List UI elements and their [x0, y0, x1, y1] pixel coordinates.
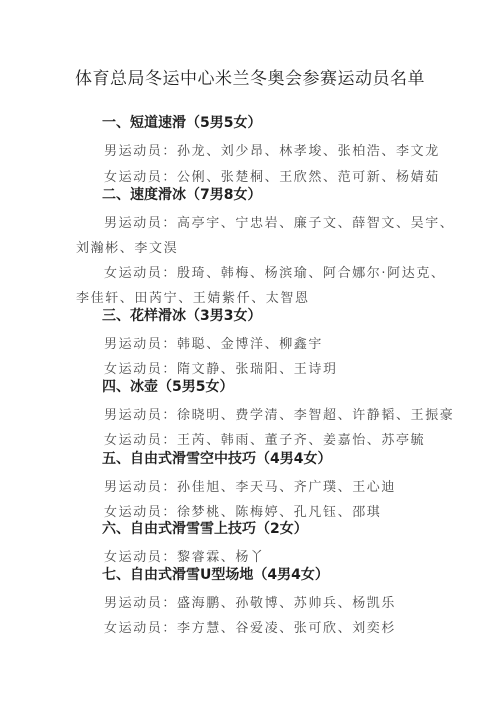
section-heading-moguls: 六、自由式滑雪雪上技巧（2女） — [102, 518, 308, 538]
female-athletes-speed-skating-line1: 女运动员：殷琦、韩梅、杨滨瑜、阿合娜尔·阿达克、 — [104, 262, 446, 281]
female-athletes-figure-skating: 女运动员：隋文静、张瑞阳、王诗玥 — [104, 358, 338, 377]
male-athletes-speed-skating-line1: 男运动员：高亭宇、宁忠岩、廉子文、薛智文、吴宇、 — [104, 212, 454, 231]
male-athletes-halfpipe: 男运动员：盛海鹏、孙敬博、苏帅兵、杨凯乐 — [104, 592, 396, 611]
male-athletes-speed-skating-line2: 刘瀚彬、李文淏 — [76, 237, 178, 256]
section-heading-speed-skating: 二、速度滑冰（7男8女） — [102, 184, 261, 204]
male-athletes-short-track: 男运动员：孙龙、刘少昂、林孝埈、张柏浩、李文龙 — [104, 140, 440, 159]
female-athletes-moguls: 女运动员：黎睿霖、杨丫 — [104, 546, 265, 565]
male-athletes-curling: 男运动员：徐晓明、费学清、李智超、许静韬、王振豪 — [104, 404, 454, 423]
male-athletes-figure-skating: 男运动员：韩聪、金博洋、柳鑫宇 — [104, 333, 323, 352]
female-athletes-curling: 女运动员：王芮、韩雨、董子齐、姜嘉怡、苏亭毓 — [104, 429, 425, 448]
section-heading-halfpipe: 七、自由式滑雪U型场地（4男4女） — [102, 564, 329, 584]
female-athletes-halfpipe: 女运动员：李方慧、谷爱凌、张可欣、刘奕杉 — [104, 617, 396, 636]
female-athletes-short-track: 女运动员：公俐、张楚桐、王欣然、范可新、杨婧茹 — [104, 166, 440, 185]
section-heading-short-track: 一、短道速滑（5男5女） — [102, 112, 261, 132]
section-heading-figure-skating: 三、花样滑冰（3男3女） — [102, 305, 261, 325]
section-heading-curling: 四、冰壶（5男5女） — [102, 376, 233, 396]
male-athletes-aerials: 男运动员：孙佳旭、李天马、齐广璞、王心迪 — [104, 476, 396, 495]
female-athletes-speed-skating-line2: 李佳轩、田芮宁、王婧紫仟、太智恩 — [76, 287, 310, 306]
section-heading-aerials: 五、自由式滑雪空中技巧（4男4女） — [102, 448, 331, 468]
document-title: 体育总局冬运中心米兰冬奥会参赛运动员名单 — [0, 64, 500, 89]
